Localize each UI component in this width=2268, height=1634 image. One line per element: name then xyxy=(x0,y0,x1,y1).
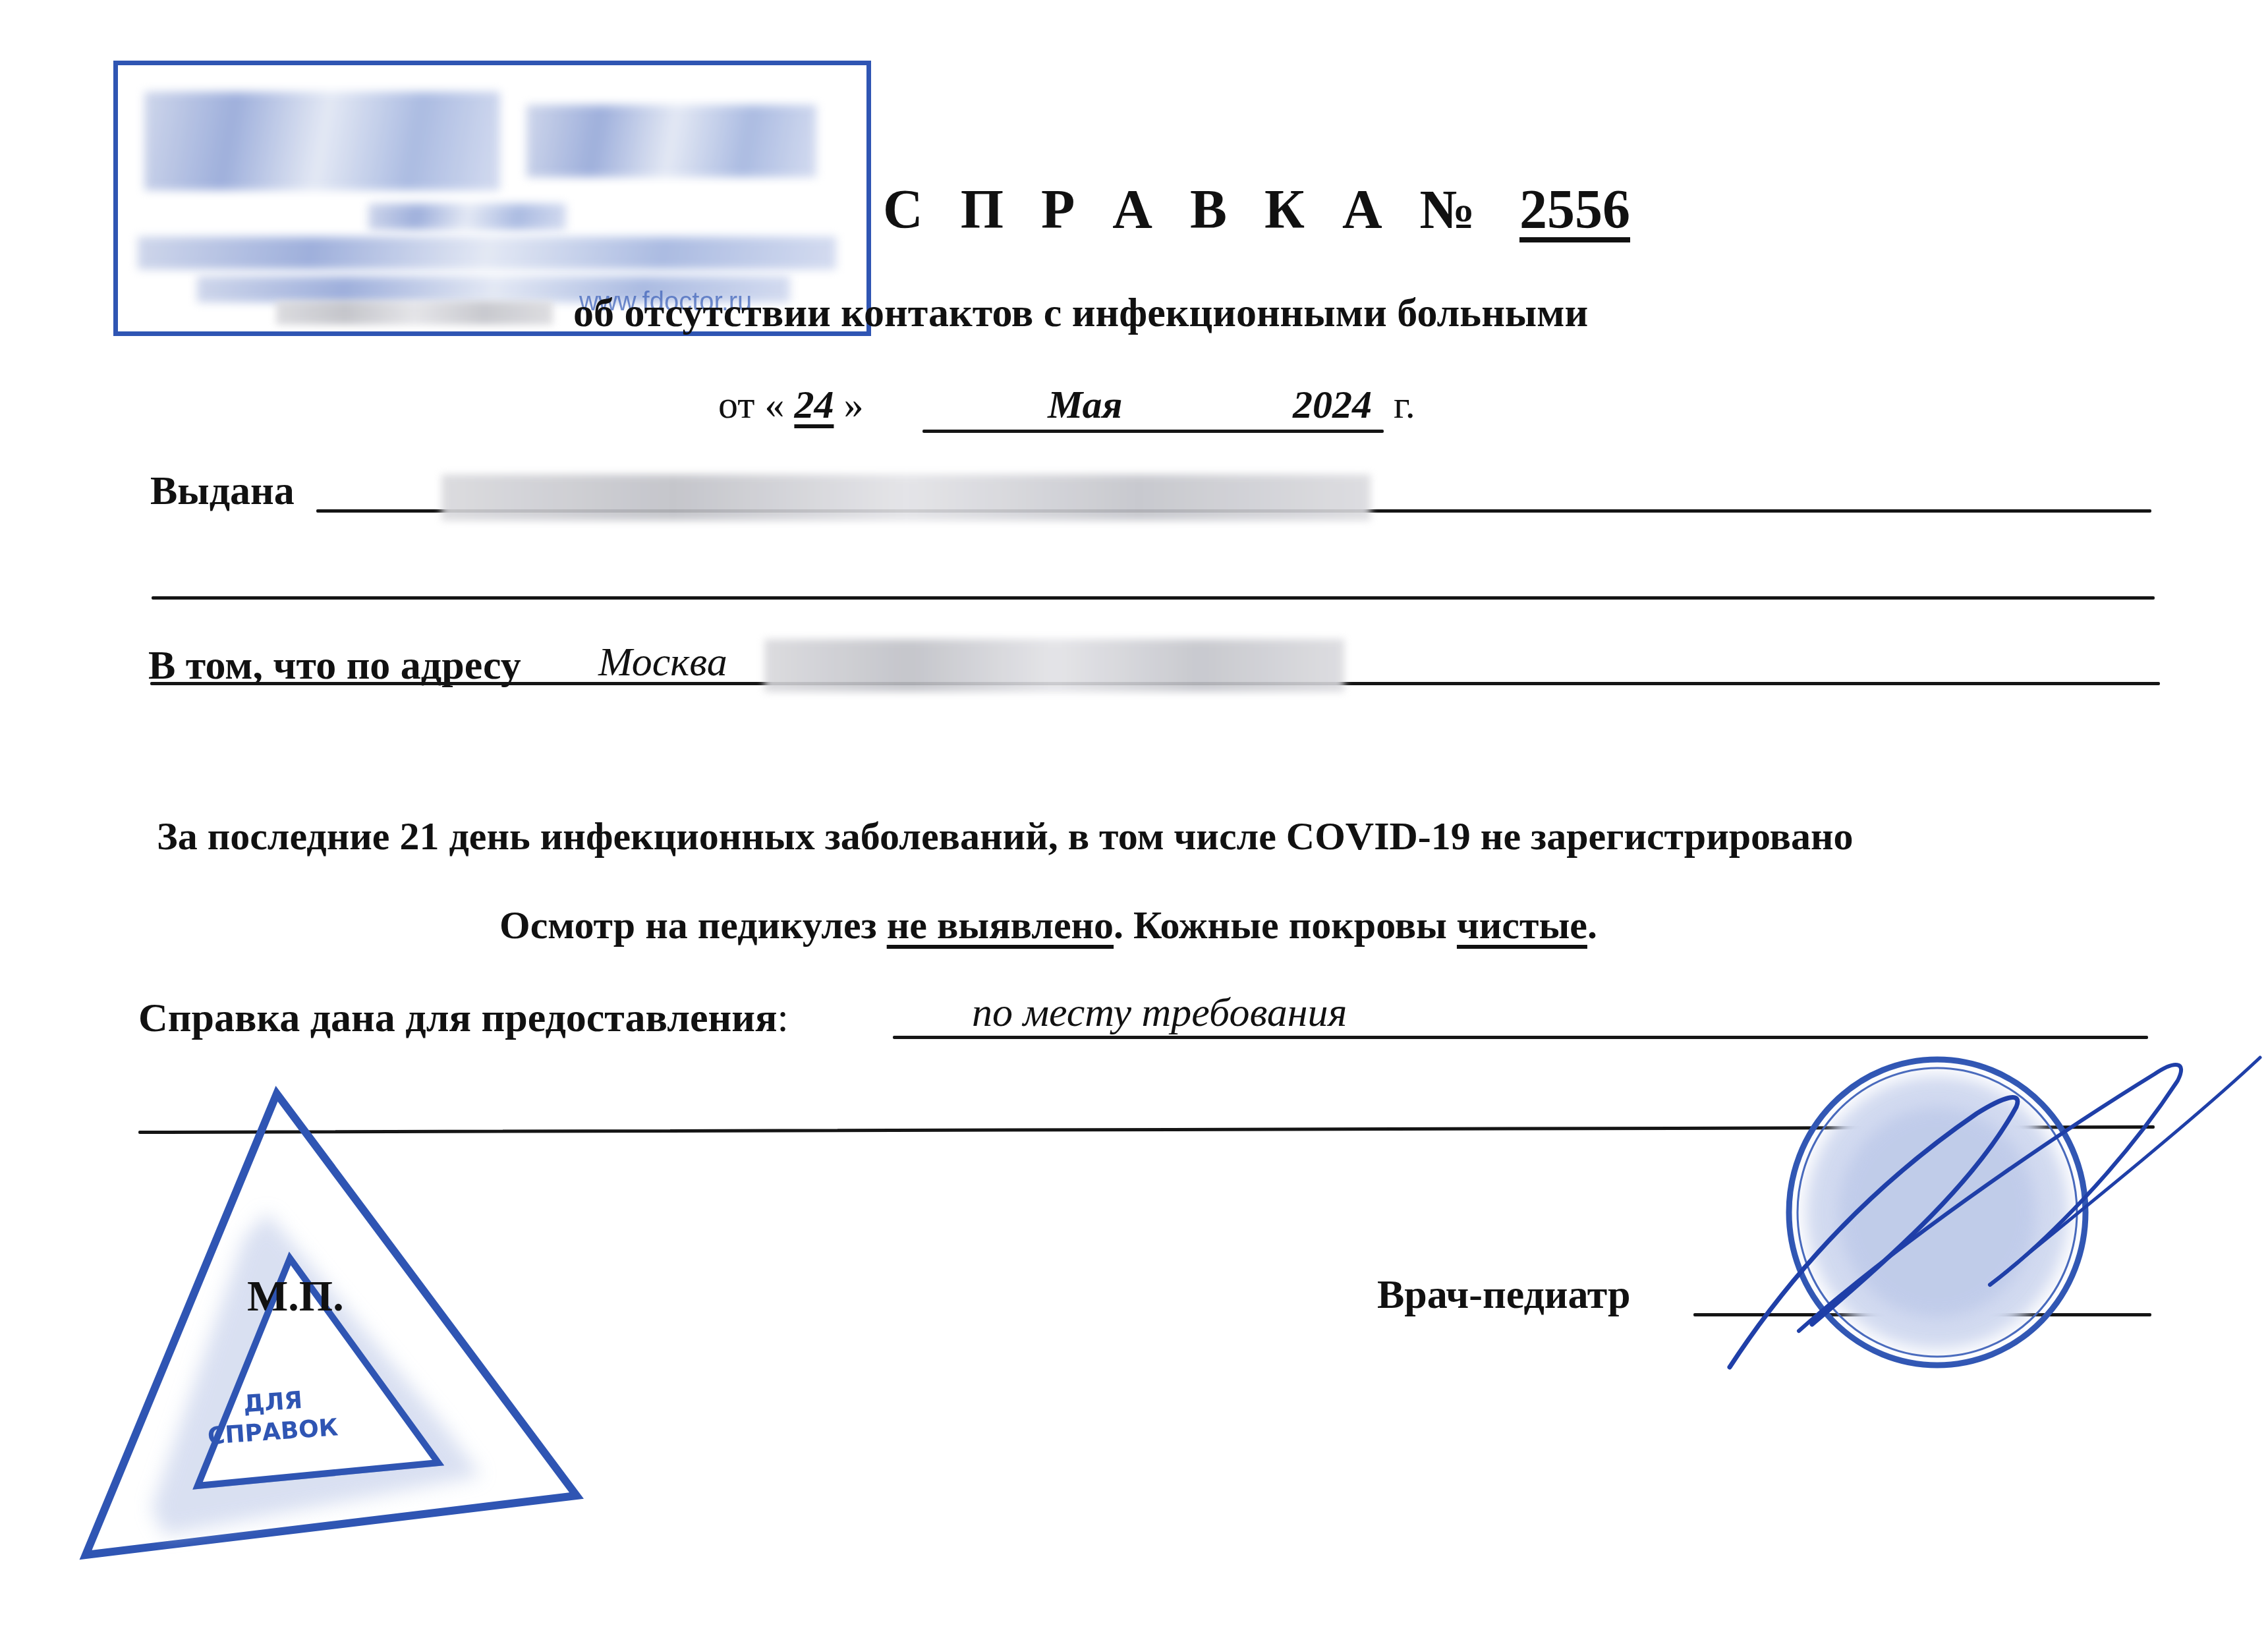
address-city: Москва xyxy=(598,639,727,686)
blurred-org-name xyxy=(526,105,816,177)
triangle-stamp-icon: ДЛЯ СПРАВОК xyxy=(72,1081,593,1568)
date-month-underline xyxy=(922,430,1384,433)
issued-to-line-2 xyxy=(152,596,2155,600)
issued-to-name-redacted xyxy=(441,474,1371,521)
purpose-colon: : xyxy=(777,996,788,1040)
issued-to-label: Выдана xyxy=(150,468,295,515)
purpose-label-text: Справка дана для предоставления xyxy=(138,996,777,1040)
date-day-value: 24 xyxy=(794,383,834,426)
date-day: от « 24 » xyxy=(718,382,863,428)
exam-text-2: . Кожные покровы xyxy=(1114,903,1457,947)
purpose-value: по месту требования xyxy=(972,990,1347,1036)
statement-examination: Осмотр на педикулез не выявлено. Кожные … xyxy=(499,903,1597,948)
blurred-org-address xyxy=(138,237,836,269)
title-text: С П Р А В К А № xyxy=(883,179,1487,240)
stamp-place-label: М.П. xyxy=(247,1272,344,1322)
date-prefix: от « xyxy=(718,383,784,426)
blurred-org-line xyxy=(368,204,566,230)
date-day-suffix: » xyxy=(843,383,863,426)
exam-text-3: . xyxy=(1587,903,1597,947)
date-year-suffix: г. xyxy=(1394,382,1415,428)
blurred-org-phone xyxy=(276,301,553,325)
blurred-org-logo xyxy=(144,92,500,190)
exam-finding-skin: чистые xyxy=(1457,903,1587,947)
purpose-label: Справка дана для предоставления: xyxy=(138,995,789,1042)
triangle-stamp-text-1: ДЛЯ xyxy=(242,1387,303,1418)
certificate-number: 2556 xyxy=(1519,179,1630,240)
date-year: 2024 xyxy=(1293,382,1372,428)
exam-finding-lice: не выявлено xyxy=(887,903,1114,947)
doctor-signature-icon xyxy=(1700,1034,2268,1390)
date-month: Мая xyxy=(1048,382,1122,428)
exam-text-1: Осмотр на педикулез xyxy=(499,903,887,947)
statement-no-infections: За последние 21 день инфекционных заболе… xyxy=(157,814,1854,859)
document-title: С П Р А В К А № 2556 xyxy=(883,178,1630,242)
doctor-title-label: Врач-педиатр xyxy=(1377,1272,1631,1318)
document-subtitle: об отсутствии контактов с инфекционными … xyxy=(573,290,1588,337)
address-details-redacted xyxy=(764,639,1344,692)
